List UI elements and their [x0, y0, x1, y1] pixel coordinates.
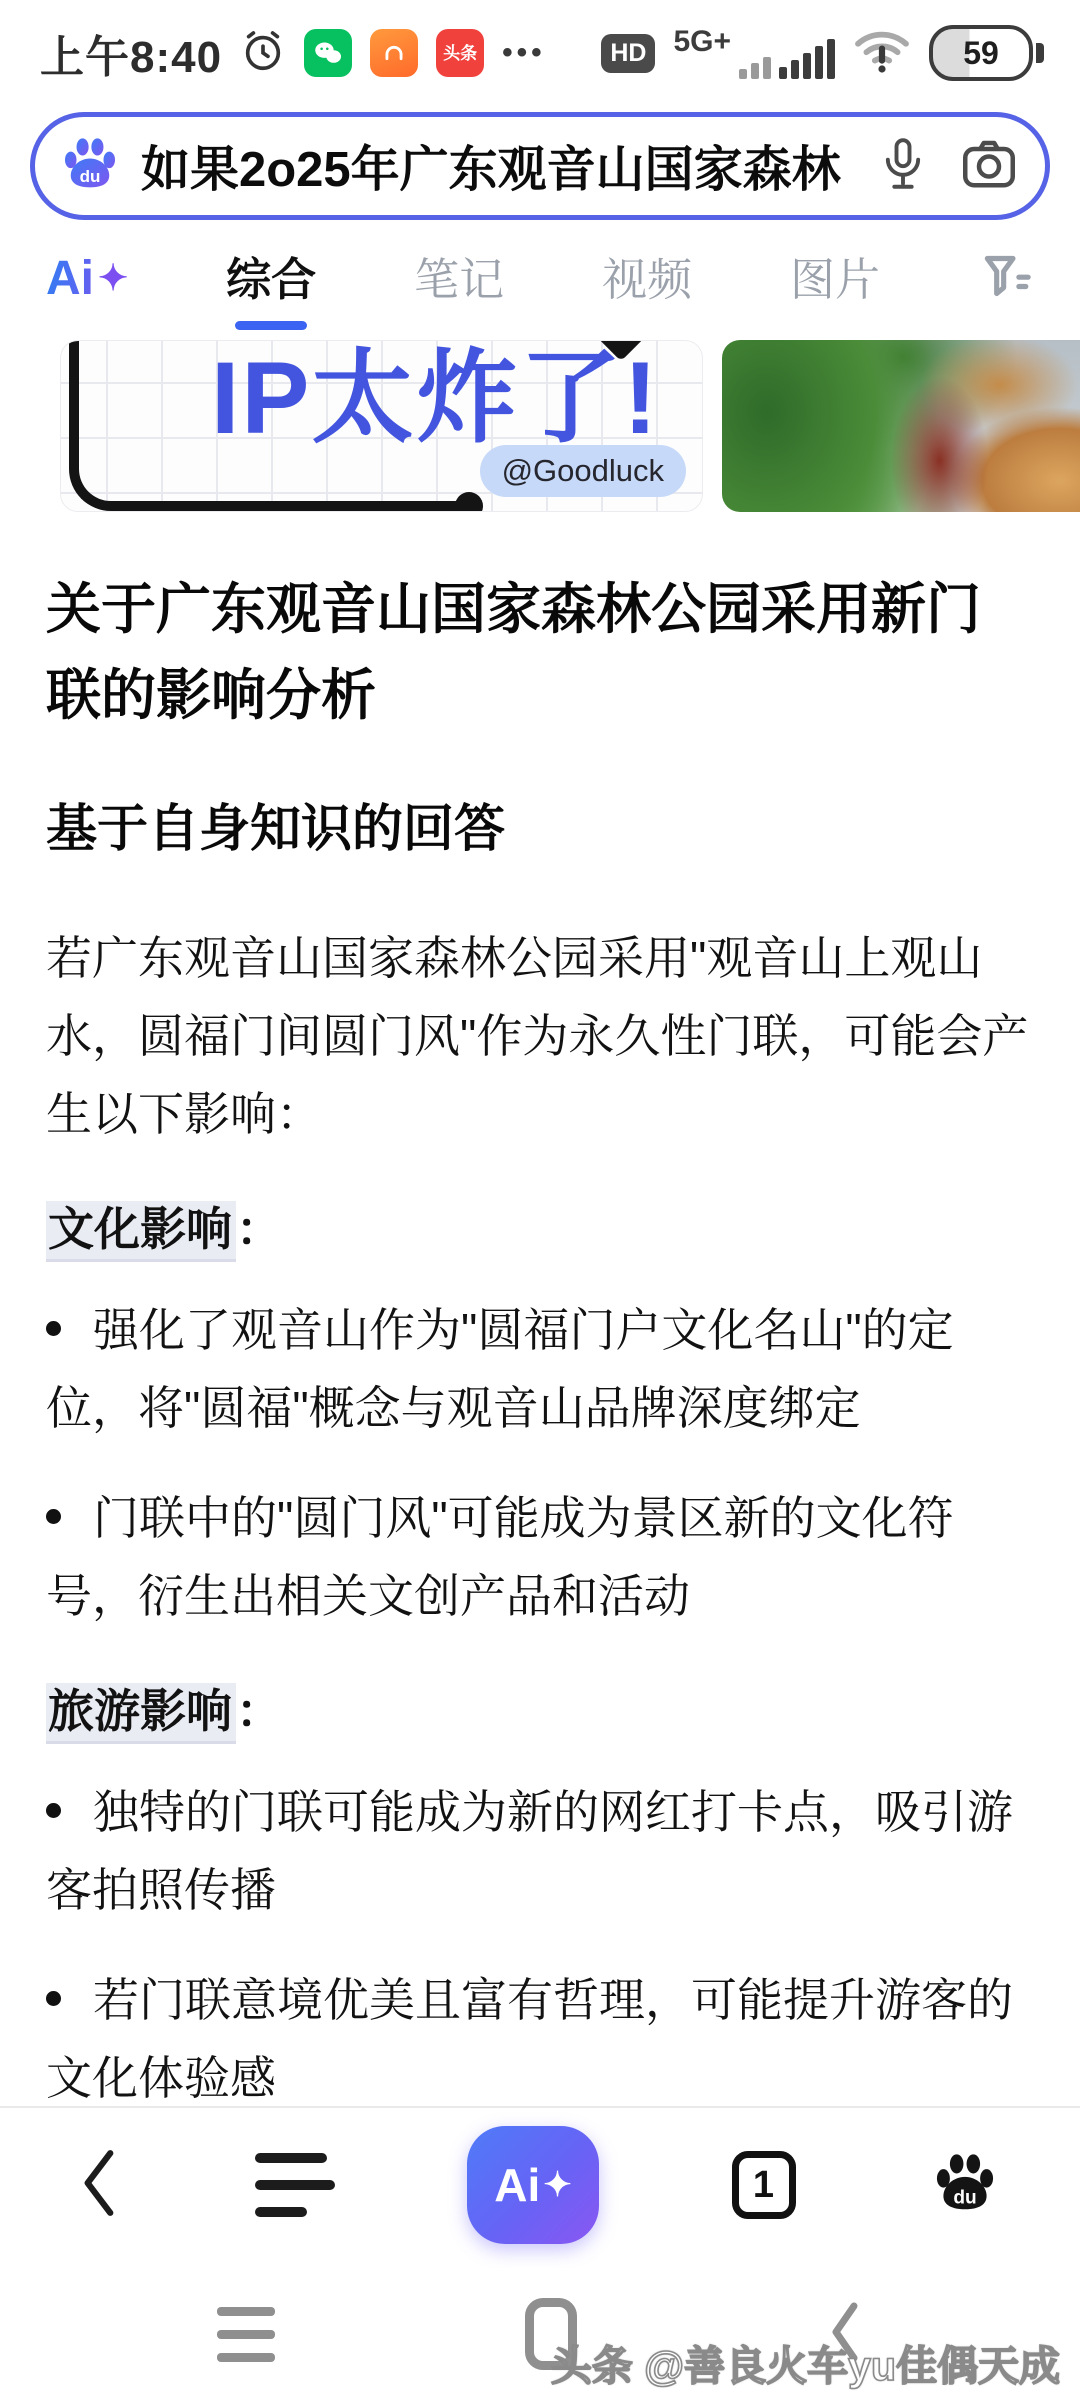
toutiao-label: 头条 — [443, 45, 477, 62]
network-label: 5G+ — [673, 27, 731, 57]
bullet-item: 门联中的"圆门风"可能成为景区新的文化符号，衍生出相关文创产品和活动 — [46, 1479, 1034, 1635]
ai-logo-text: Ai — [46, 251, 94, 306]
microphone-icon[interactable] — [877, 134, 929, 199]
signal-bars-secondary — [739, 57, 771, 79]
battery-percent: 59 — [963, 35, 999, 72]
result-image-meme[interactable]: IP太炸了! @Goodluck — [60, 340, 703, 512]
intro-paragraph: 若广东观音山国家森林公园采用"观音山上观山水，圆福门间圆门风"作为永久性门联，可… — [46, 919, 1034, 1153]
baidu-home-paw-icon[interactable]: du — [928, 2146, 1002, 2225]
search-bar[interactable]: du 如果2o25年广东观音山国家森林 — [30, 112, 1050, 220]
highlighted-term: 文化影响 — [46, 1201, 236, 1259]
author-badge: @Goodluck — [480, 445, 686, 497]
hd-badge: HD — [601, 34, 655, 73]
clock-time: 上午8:40 — [40, 21, 222, 85]
subsection-tourism-header: 旅游影响： — [46, 1675, 1034, 1741]
appstore-icon — [370, 29, 418, 77]
battery-icon: 59 — [929, 25, 1044, 81]
tab-ai[interactable]: Ai ✦ — [46, 251, 128, 306]
tab-comprehensive[interactable]: 综合 — [226, 243, 316, 314]
signal-bars-primary — [779, 39, 835, 79]
baidu-logo-icon: du — [57, 131, 123, 202]
ai-answer-article: 关于广东观音山国家森林公园采用新门联的影响分析 基于自身知识的回答 若广东观音山… — [0, 567, 1080, 2117]
baidu-du-text: du — [953, 2187, 976, 2208]
tab-count-button[interactable]: 1 — [732, 2151, 796, 2219]
search-input[interactable]: 如果2o25年广东观音山国家森林 — [141, 131, 877, 201]
image-results-row: IP太炸了! @Goodluck — [0, 340, 1080, 515]
result-image-scenic-photo[interactable] — [722, 340, 1080, 512]
wifi-warning-icon — [853, 27, 911, 80]
result-tab-bar: Ai ✦ 综合 笔记 视频 图片 — [0, 238, 1080, 318]
signal-icon: 5G+ — [673, 27, 835, 79]
sparkle-icon: ✦ — [98, 257, 128, 299]
bullet-item: 若门联意境优美且富有哲理，可能提升游客的文化体验感 — [46, 1961, 1034, 2117]
camera-search-icon[interactable] — [959, 136, 1019, 197]
subsection-culture-header: 文化影响： — [46, 1193, 1034, 1259]
alarm-icon — [240, 28, 286, 79]
tab-images[interactable]: 图片 — [790, 243, 880, 314]
wechat-icon — [304, 29, 352, 77]
more-apps-ellipsis: ••• — [502, 36, 546, 70]
colon: ： — [236, 1685, 282, 1737]
ai-assistant-button[interactable]: Ai ✦ — [467, 2126, 599, 2244]
article-title: 关于广东观音山国家森林公园采用新门联的影响分析 — [46, 567, 1034, 739]
sparkle-icon: ✦ — [543, 2165, 572, 2205]
section-heading: 基于自身知识的回答 — [46, 787, 1034, 861]
toutiao-icon: 头条 — [436, 29, 484, 77]
bullet-item: 强化了观音山作为"圆福门户文化名山"的定位，将"圆福"概念与观音山品牌深度绑定 — [46, 1291, 1034, 1447]
colon: ： — [236, 1203, 282, 1255]
phone-screen: 上午8:40 头条 ••• — [0, 0, 1080, 2400]
toutiao-watermark: 头条 @善良火车yu佳偶天成 — [551, 2333, 1060, 2392]
ai-button-label: Ai — [494, 2158, 540, 2212]
back-button[interactable] — [78, 2147, 122, 2224]
tab-notes[interactable]: 笔记 — [414, 243, 504, 314]
bullet-item: 独特的门联可能成为新的网红打卡点，吸引游客拍照传播 — [46, 1773, 1034, 1929]
tab-video[interactable]: 视频 — [602, 243, 692, 314]
highlighted-term: 旅游影响 — [46, 1683, 236, 1741]
recents-button[interactable] — [217, 2307, 275, 2362]
svg-text:du: du — [80, 167, 101, 186]
status-bar: 上午8:40 头条 ••• — [0, 0, 1080, 96]
menu-button[interactable] — [255, 2153, 335, 2217]
browser-bottom-nav: Ai ✦ 1 du — [0, 2106, 1080, 2262]
filter-icon[interactable] — [978, 248, 1034, 309]
